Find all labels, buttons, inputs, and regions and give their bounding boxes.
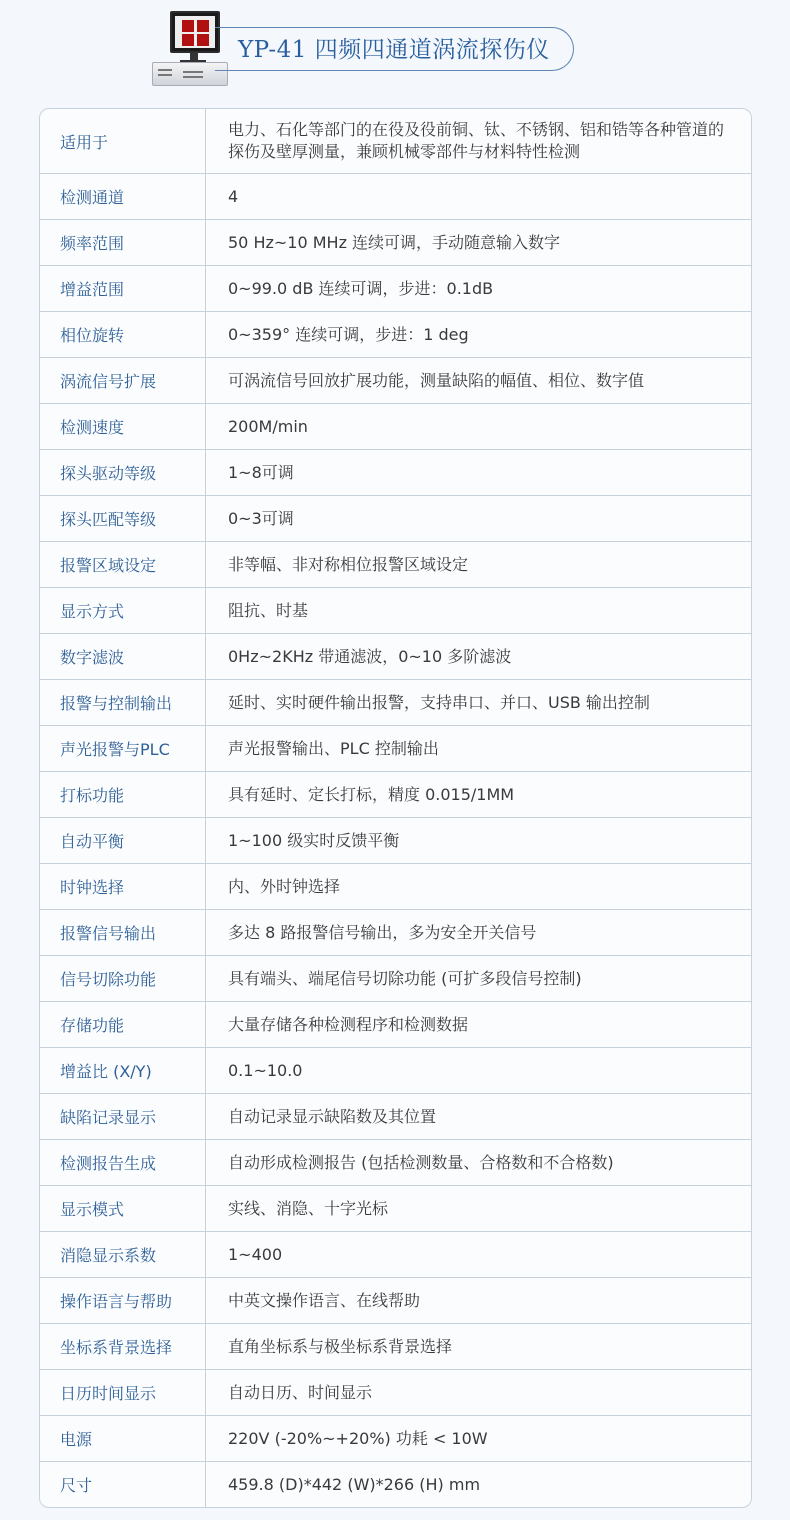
spec-label: 涡流信号扩展 — [40, 358, 206, 403]
spec-row: 自动平衡1~100 级实时反馈平衡 — [40, 817, 751, 863]
spec-row: 检测速度200M/min — [40, 403, 751, 449]
spec-label: 尺寸 — [40, 1462, 206, 1507]
spec-value: 0Hz~2KHz 带通滤波，0~10 多阶滤波 — [206, 634, 751, 679]
spec-row: 显示方式阻抗、时基 — [40, 587, 751, 633]
spec-value: 声光报警输出、PLC 控制输出 — [206, 726, 751, 771]
spec-label: 操作语言与帮助 — [40, 1278, 206, 1323]
spec-value: 自动日历、时间显示 — [206, 1370, 751, 1415]
spec-value: 实线、消隐、十字光标 — [206, 1186, 751, 1231]
spec-label: 检测报告生成 — [40, 1140, 206, 1185]
spec-value: 大量存储各种检测程序和检测数据 — [206, 1002, 751, 1047]
spec-row: 增益范围0~99.0 dB 连续可调，步进：0.1dB — [40, 265, 751, 311]
spec-label: 时钟选择 — [40, 864, 206, 909]
spec-row: 涡流信号扩展可涡流信号回放扩展功能，测量缺陷的幅值、相位、数字值 — [40, 357, 751, 403]
spec-value: 0.1~10.0 — [206, 1048, 751, 1093]
spec-label: 探头驱动等级 — [40, 450, 206, 495]
monitor-icon — [170, 11, 220, 53]
spec-value: 459.8 (D)*442 (W)*266 (H) mm — [206, 1462, 751, 1507]
spec-value: 直角坐标系与极坐标系背景选择 — [206, 1324, 751, 1369]
spec-label: 打标功能 — [40, 772, 206, 817]
spec-value: 50 Hz~10 MHz 连续可调，手动随意输入数字 — [206, 220, 751, 265]
spec-value: 220V (-20%~+20%) 功耗 < 10W — [206, 1416, 751, 1461]
spec-label: 适用于 — [40, 109, 206, 173]
spec-value: 延时、实时硬件输出报警，支持串口、并口、USB 输出控制 — [206, 680, 751, 725]
spec-row: 电源220V (-20%~+20%) 功耗 < 10W — [40, 1415, 751, 1461]
spec-row: 时钟选择内、外时钟选择 — [40, 863, 751, 909]
spec-label: 增益比 (X/Y) — [40, 1048, 206, 1093]
spec-row: 探头驱动等级1~8可调 — [40, 449, 751, 495]
spec-label: 频率范围 — [40, 220, 206, 265]
spec-row: 信号切除功能具有端头、端尾信号切除功能 (可扩多段信号控制) — [40, 955, 751, 1001]
spec-table: 适用于电力、石化等部门的在役及役前铜、钛、不锈钢、铝和锆等各种管道的探伤及壁厚测… — [39, 108, 752, 1508]
spec-value: 1~8可调 — [206, 450, 751, 495]
spec-label: 报警信号输出 — [40, 910, 206, 955]
spec-value: 0~3可调 — [206, 496, 751, 541]
page-title: YP-41 四频四通道涡流探伤仪 — [238, 31, 550, 64]
spec-label: 数字滤波 — [40, 634, 206, 679]
spec-value: 自动记录显示缺陷数及其位置 — [206, 1094, 751, 1139]
spec-value: 1~100 级实时反馈平衡 — [206, 818, 751, 863]
spec-value: 4 — [206, 174, 751, 219]
spec-row: 消隐显示系数1~400 — [40, 1231, 751, 1277]
spec-value: 0~99.0 dB 连续可调，步进：0.1dB — [206, 266, 751, 311]
spec-label: 显示方式 — [40, 588, 206, 633]
spec-row: 相位旋转0~359° 连续可调，步进：1 deg — [40, 311, 751, 357]
spec-row: 显示模式实线、消隐、十字光标 — [40, 1185, 751, 1231]
spec-label: 信号切除功能 — [40, 956, 206, 1001]
spec-row: 检测通道4 — [40, 173, 751, 219]
spec-row: 检测报告生成自动形成检测报告 (包括检测数量、合格数和不合格数) — [40, 1139, 751, 1185]
spec-row: 探头匹配等级0~3可调 — [40, 495, 751, 541]
spec-row: 尺寸459.8 (D)*442 (W)*266 (H) mm — [40, 1461, 751, 1507]
spec-label: 探头匹配等级 — [40, 496, 206, 541]
spec-label: 显示模式 — [40, 1186, 206, 1231]
spec-value: 内、外时钟选择 — [206, 864, 751, 909]
spec-value: 具有延时、定长打标，精度 0.015/1MM — [206, 772, 751, 817]
spec-value: 具有端头、端尾信号切除功能 (可扩多段信号控制) — [206, 956, 751, 1001]
spec-value: 中英文操作语言、在线帮助 — [206, 1278, 751, 1323]
spec-label: 日历时间显示 — [40, 1370, 206, 1415]
spec-label: 电源 — [40, 1416, 206, 1461]
spec-row: 报警区域设定非等幅、非对称相位报警区域设定 — [40, 541, 751, 587]
spec-value: 1~400 — [206, 1232, 751, 1277]
spec-row: 日历时间显示自动日历、时间显示 — [40, 1369, 751, 1415]
spec-label: 坐标系背景选择 — [40, 1324, 206, 1369]
spec-label: 增益范围 — [40, 266, 206, 311]
spec-row: 适用于电力、石化等部门的在役及役前铜、钛、不锈钢、铝和锆等各种管道的探伤及壁厚测… — [40, 109, 751, 173]
spec-label: 存储功能 — [40, 1002, 206, 1047]
spec-row: 频率范围50 Hz~10 MHz 连续可调，手动随意输入数字 — [40, 219, 751, 265]
spec-value: 0~359° 连续可调，步进：1 deg — [206, 312, 751, 357]
spec-row: 存储功能大量存储各种检测程序和检测数据 — [40, 1001, 751, 1047]
spec-value: 可涡流信号回放扩展功能，测量缺陷的幅值、相位、数字值 — [206, 358, 751, 403]
spec-label: 检测速度 — [40, 404, 206, 449]
spec-row: 操作语言与帮助中英文操作语言、在线帮助 — [40, 1277, 751, 1323]
spec-value: 非等幅、非对称相位报警区域设定 — [206, 542, 751, 587]
spec-row: 缺陷记录显示自动记录显示缺陷数及其位置 — [40, 1093, 751, 1139]
spec-label: 声光报警与PLC — [40, 726, 206, 771]
spec-label: 报警区域设定 — [40, 542, 206, 587]
spec-row: 坐标系背景选择直角坐标系与极坐标系背景选择 — [40, 1323, 751, 1369]
spec-label: 相位旋转 — [40, 312, 206, 357]
spec-row: 数字滤波0Hz~2KHz 带通滤波，0~10 多阶滤波 — [40, 633, 751, 679]
spec-label: 检测通道 — [40, 174, 206, 219]
spec-value: 电力、石化等部门的在役及役前铜、钛、不锈钢、铝和锆等各种管道的探伤及壁厚测量，兼… — [206, 109, 751, 173]
spec-row: 打标功能具有延时、定长打标，精度 0.015/1MM — [40, 771, 751, 817]
spec-value: 阻抗、时基 — [206, 588, 751, 633]
header: YP-41 四频四通道涡流探伤仪 — [0, 0, 790, 100]
spec-row: 报警与控制输出延时、实时硬件输出报警，支持串口、并口、USB 输出控制 — [40, 679, 751, 725]
spec-label: 报警与控制输出 — [40, 680, 206, 725]
spec-label: 自动平衡 — [40, 818, 206, 863]
spec-row: 报警信号输出多达 8 路报警信号输出，多为安全开关信号 — [40, 909, 751, 955]
spec-value: 多达 8 路报警信号输出，多为安全开关信号 — [206, 910, 751, 955]
spec-row: 增益比 (X/Y)0.1~10.0 — [40, 1047, 751, 1093]
spec-row: 声光报警与PLC声光报警输出、PLC 控制输出 — [40, 725, 751, 771]
spec-value: 200M/min — [206, 404, 751, 449]
spec-label: 缺陷记录显示 — [40, 1094, 206, 1139]
spec-value: 自动形成检测报告 (包括检测数量、合格数和不合格数) — [206, 1140, 751, 1185]
spec-label: 消隐显示系数 — [40, 1232, 206, 1277]
